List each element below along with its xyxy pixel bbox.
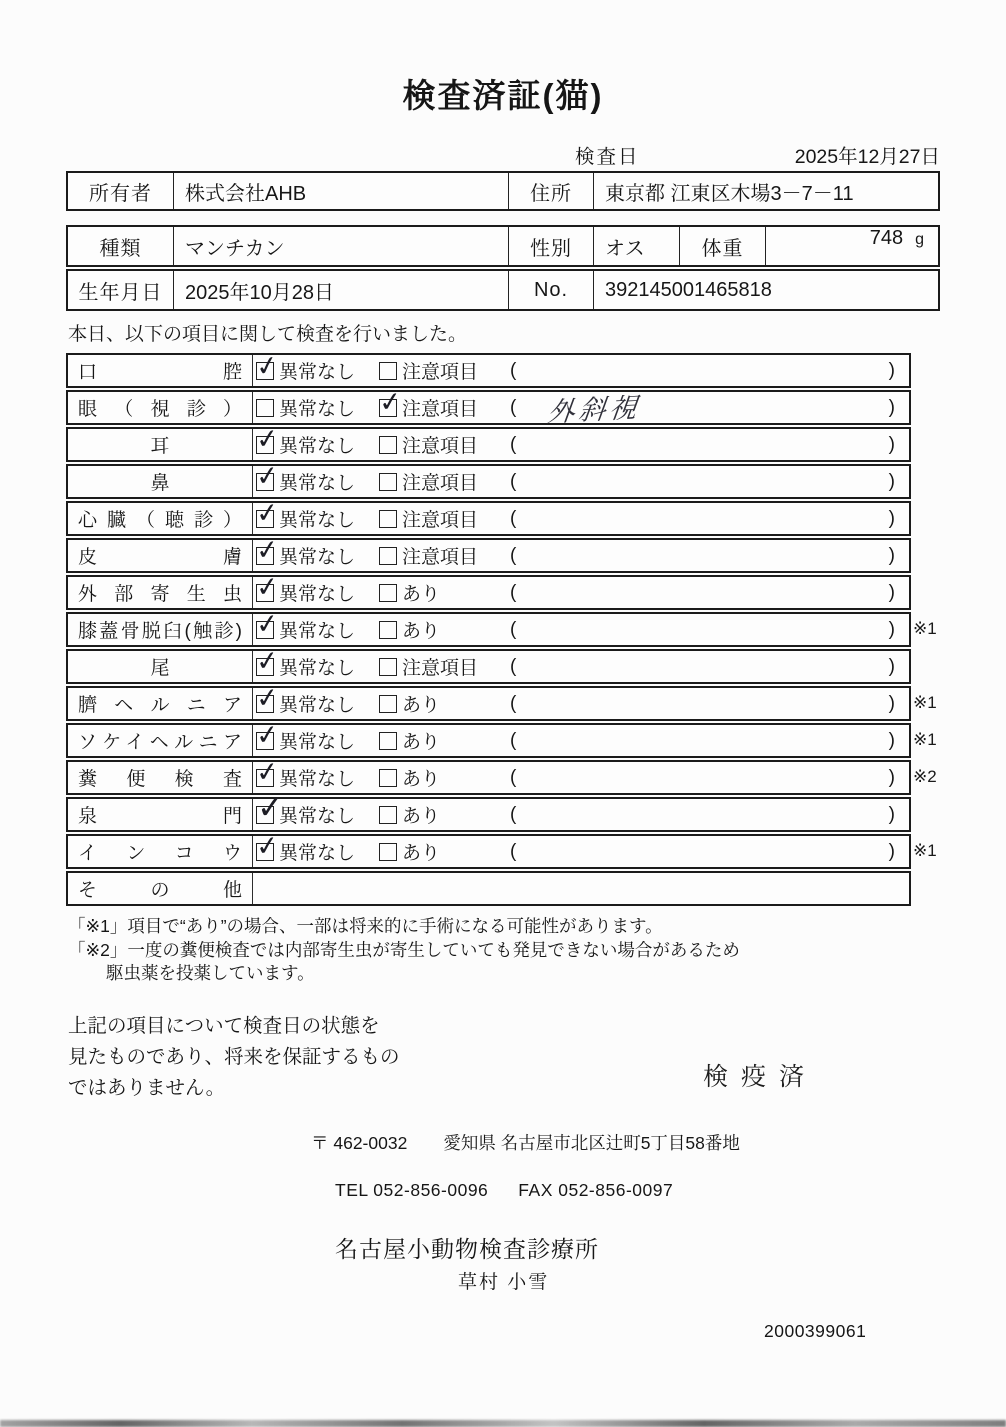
checkbox-present-icon bbox=[379, 695, 397, 713]
disclaimer-line-1: 上記の項目について検査日の状態を bbox=[68, 1011, 498, 1042]
clinic-address-line: 〒 462-0032 愛知県 名古屋市北区辻町5丁目58番地 bbox=[311, 1130, 1006, 1155]
address-label: 住所 bbox=[508, 173, 593, 209]
paren-close: ) bbox=[889, 767, 895, 789]
disclaimer-line-2: 見たものであり、将来を保証するもの bbox=[68, 1042, 498, 1073]
option-present-label: あり bbox=[402, 801, 506, 828]
option-normal-label: 異常なし bbox=[279, 616, 379, 643]
exam-row-heart: 心 臓 （ 聴 診 ） 異常なし 注意項目 ( ) bbox=[66, 501, 911, 536]
exam-row-eyes: 眼 （ 視 診 ） 異常なし 注意項目 ( 外斜視 ) bbox=[66, 390, 911, 425]
paren-close: ) bbox=[889, 434, 895, 456]
footnote-2-continued: 駆虫薬を投薬しています。 bbox=[68, 962, 1006, 986]
birthdate-value: 2025年10月28日 bbox=[173, 271, 508, 309]
checkbox-normal-icon bbox=[256, 547, 274, 565]
exam-row-fecal-exam: 糞 便 検 査 異常なし あり ( ) ※2 bbox=[66, 760, 911, 795]
option-caution-label: 注意項目 bbox=[402, 431, 506, 458]
paren-close: ) bbox=[889, 471, 895, 493]
exam-date-row: 検査日 2025年12月27日 bbox=[66, 141, 940, 167]
checkbox-normal-icon bbox=[256, 769, 274, 787]
exam-row-label: 泉 門 bbox=[78, 801, 242, 828]
checkbox-normal-icon bbox=[256, 473, 274, 491]
checkbox-present-icon bbox=[379, 843, 397, 861]
checkbox-caution-icon bbox=[379, 547, 397, 565]
exam-row-label: イ ン コ ウ bbox=[78, 838, 242, 865]
row-footnote-mark: ※1 bbox=[913, 619, 955, 639]
option-normal-label: 異常なし bbox=[279, 764, 379, 791]
option-present-label: あり bbox=[402, 838, 506, 865]
checkbox-present-icon bbox=[379, 621, 397, 639]
option-present-label: あり bbox=[402, 579, 506, 606]
animal-info-row-1: 種類 マンチカン 性別 オス 体重 748 g bbox=[66, 225, 940, 267]
row-footnote-mark: ※1 bbox=[913, 693, 955, 713]
option-caution-label: 注意項目 bbox=[402, 542, 506, 569]
exam-row-label: 眼 （ 視 診 ） bbox=[78, 394, 242, 421]
exam-row-label: 鼻 bbox=[78, 468, 242, 495]
exam-row-label: そ の 他 bbox=[78, 875, 242, 902]
exam-row-tail: 尾 異常なし 注意項目 ( ) bbox=[66, 649, 911, 684]
checkbox-normal-icon bbox=[256, 732, 274, 750]
exam-row-skin: 皮 膚 異常なし 注意項目 ( ) bbox=[66, 538, 911, 573]
option-normal-label: 異常なし bbox=[279, 690, 379, 717]
exam-row-label: 耳 bbox=[78, 431, 242, 458]
option-caution-label: 注意項目 bbox=[402, 653, 506, 680]
paren-close: ) bbox=[889, 656, 895, 678]
option-caution-label: 注意項目 bbox=[402, 505, 506, 532]
checkbox-normal-icon bbox=[256, 658, 274, 676]
exam-date-value: 2025年12月27日 bbox=[795, 141, 940, 169]
checkbox-present-icon bbox=[379, 769, 397, 787]
exam-row-nose: 鼻 異常なし 注意項目 ( ) bbox=[66, 464, 911, 499]
breed-value: マンチカン bbox=[173, 227, 508, 265]
footnote-2: 「※2」一度の糞便検査では内部寄生虫が寄生していても発見できない場合があるため bbox=[68, 939, 1006, 963]
checkbox-caution-icon bbox=[379, 436, 397, 454]
paren-close: ) bbox=[889, 545, 895, 567]
option-present-label: あり bbox=[402, 764, 506, 791]
exam-row-mouth: 口 腔 異常なし 注意項目 ( ) bbox=[66, 353, 911, 388]
no-value: 392145001465818 bbox=[593, 271, 938, 309]
animal-info-row-2: 生年月日 2025年10月28日 No. 392145001465818 bbox=[66, 269, 940, 311]
exam-row-label: 外 部 寄 生 虫 bbox=[78, 579, 242, 606]
owner-value: 株式会社AHB bbox=[173, 173, 508, 209]
option-present-label: あり bbox=[402, 690, 506, 717]
exam-row-other: そ の 他 bbox=[66, 871, 911, 906]
row-footnote-mark: ※1 bbox=[913, 841, 955, 861]
breed-label: 種類 bbox=[68, 227, 173, 265]
checkbox-caution-icon bbox=[379, 658, 397, 676]
option-caution-label: 注意項目 bbox=[402, 468, 506, 495]
checkbox-caution-icon bbox=[379, 473, 397, 491]
exam-row-label: 糞 便 検 査 bbox=[78, 764, 242, 791]
option-present-label: あり bbox=[402, 616, 506, 643]
clinic-fax: FAX 052-856-0097 bbox=[518, 1180, 673, 1201]
closing-section: 上記の項目について検査日の状態を 見たものであり、将来を保証するもの ではありま… bbox=[0, 1011, 1006, 1109]
paren-open: ( bbox=[510, 545, 516, 567]
exam-row-external-parasites: 外 部 寄 生 虫 異常なし あり ( ) bbox=[66, 575, 911, 610]
option-normal-label: 異常なし bbox=[279, 431, 379, 458]
exam-row-label: ソケイヘルニア bbox=[78, 727, 242, 754]
paren-close: ) bbox=[889, 360, 895, 382]
paren-open: ( bbox=[510, 693, 516, 715]
veterinarian-name: 草村 小雪 bbox=[458, 1267, 1006, 1294]
option-caution-label: 注意項目 bbox=[402, 394, 506, 421]
option-normal-label: 異常なし bbox=[279, 653, 379, 680]
option-caution-label: 注意項目 bbox=[402, 357, 506, 384]
paren-open: ( bbox=[510, 730, 516, 752]
paren-open: ( bbox=[510, 767, 516, 789]
paren-open: ( bbox=[510, 471, 516, 493]
checkbox-caution-icon bbox=[379, 362, 397, 380]
paren-open: ( bbox=[510, 434, 516, 456]
exam-row-label: 臍 ヘ ル ニ ア bbox=[78, 690, 242, 717]
no-label: No. bbox=[508, 271, 593, 309]
weight-value-cell: 748 g bbox=[765, 227, 938, 265]
clinic-tel: TEL 052-856-0096 bbox=[335, 1180, 488, 1201]
option-normal-label: 異常なし bbox=[279, 394, 379, 421]
scan-edge-artifact bbox=[0, 1420, 1006, 1427]
checkbox-normal-icon bbox=[256, 695, 274, 713]
paren-open: ( bbox=[510, 841, 516, 863]
checkbox-present-icon bbox=[379, 584, 397, 602]
exam-row-label: 皮 膚 bbox=[78, 542, 242, 569]
option-present-label: あり bbox=[402, 727, 506, 754]
paren-open: ( bbox=[510, 804, 516, 826]
footnote-1: 「※1」項目で“あり”の場合、一部は将来的に手術になる可能性があります。 bbox=[68, 915, 1006, 939]
footnotes: 「※1」項目で“あり”の場合、一部は将来的に手術になる可能性があります。 「※2… bbox=[68, 915, 1006, 986]
clinic-postal-code: 〒 462-0032 bbox=[311, 1130, 407, 1155]
disclaimer: 上記の項目について検査日の状態を 見たものであり、将来を保証するもの ではありま… bbox=[68, 1011, 498, 1104]
clinic-contact-line: TEL 052-856-0096 FAX 052-856-0097 bbox=[335, 1180, 1006, 1201]
weight-unit: g bbox=[915, 231, 924, 249]
paren-close: ) bbox=[889, 508, 895, 530]
paren-close: ) bbox=[889, 693, 895, 715]
option-normal-label: 異常なし bbox=[279, 801, 379, 828]
paren-close: ) bbox=[889, 619, 895, 641]
exam-date-label: 検査日 bbox=[575, 141, 640, 169]
paren-close: ) bbox=[889, 730, 895, 752]
clinic-address: 愛知県 名古屋市北区辻町5丁目58番地 bbox=[443, 1130, 740, 1155]
checkbox-normal-icon bbox=[256, 621, 274, 639]
row-footnote-mark: ※2 bbox=[913, 767, 955, 787]
option-normal-label: 異常なし bbox=[279, 357, 379, 384]
exam-row-label: 口 腔 bbox=[78, 357, 242, 384]
exam-row-patella: 膝蓋骨脱臼(触診) 異常なし あり ( ) ※1 bbox=[66, 612, 911, 647]
checkbox-normal-icon bbox=[256, 362, 274, 380]
paren-close: ) bbox=[889, 397, 895, 419]
address-value: 東京都 江東区木場3－7－11 bbox=[593, 173, 938, 209]
exam-row-inkou: イ ン コ ウ 異常なし あり ( ) ※1 bbox=[66, 834, 911, 869]
handwritten-note: 外斜視 bbox=[546, 385, 644, 429]
checkbox-present-icon bbox=[379, 732, 397, 750]
option-normal-label: 異常なし bbox=[279, 542, 379, 569]
exam-row-label: 尾 bbox=[78, 653, 242, 680]
sex-label: 性別 bbox=[508, 227, 593, 265]
option-normal-label: 異常なし bbox=[279, 468, 379, 495]
paren-open: ( bbox=[510, 508, 516, 530]
paren-open: ( bbox=[510, 397, 516, 419]
paren-open: ( bbox=[510, 360, 516, 382]
scanned-certificate-page: 検査済証(猫) 検査日 2025年12月27日 所有者 株式会社AHB 住所 東… bbox=[0, 0, 1006, 1427]
checkbox-caution-icon bbox=[379, 399, 397, 417]
intro-sentence: 本日、以下の項目に関して検査を行いました。 bbox=[68, 319, 1006, 346]
weight-label: 体重 bbox=[679, 227, 765, 265]
checkbox-normal-icon bbox=[256, 806, 274, 824]
sex-value: オス bbox=[593, 227, 679, 265]
checkbox-normal-icon bbox=[256, 436, 274, 454]
checkbox-normal-icon bbox=[256, 843, 274, 861]
checkbox-caution-icon bbox=[379, 510, 397, 528]
clinic-name: 名古屋小動物検査診療所 bbox=[335, 1231, 1006, 1264]
option-normal-label: 異常なし bbox=[279, 838, 379, 865]
owner-table: 所有者 株式会社AHB 住所 東京都 江東区木場3－7－11 bbox=[66, 171, 940, 211]
exam-row-ears: 耳 異常なし 注意項目 ( ) bbox=[66, 427, 911, 462]
exam-table: 口 腔 異常なし 注意項目 ( ) 眼 （ 視 診 ） 異常なし 注意項目 ( … bbox=[66, 353, 911, 906]
owner-label: 所有者 bbox=[68, 173, 173, 209]
paren-open: ( bbox=[510, 656, 516, 678]
option-normal-label: 異常なし bbox=[279, 579, 379, 606]
exam-row-fontanelle: 泉 門 異常なし あり ( ) bbox=[66, 797, 911, 832]
paren-open: ( bbox=[510, 582, 516, 604]
birthdate-label: 生年月日 bbox=[68, 271, 173, 309]
exam-row-label: 膝蓋骨脱臼(触診) bbox=[78, 616, 242, 643]
option-normal-label: 異常なし bbox=[279, 505, 379, 532]
quarantine-passed-stamp: 検疫済 bbox=[703, 1057, 817, 1093]
serial-number: 2000399061 bbox=[764, 1321, 1006, 1342]
checkbox-present-icon bbox=[379, 806, 397, 824]
exam-row-label: 心 臓 （ 聴 診 ） bbox=[78, 505, 242, 532]
option-normal-label: 異常なし bbox=[279, 727, 379, 754]
weight-value: 748 bbox=[870, 227, 903, 250]
paren-open: ( bbox=[510, 619, 516, 641]
paren-close: ) bbox=[889, 804, 895, 826]
paren-close: ) bbox=[889, 841, 895, 863]
checkbox-normal-icon bbox=[256, 584, 274, 602]
document-title: 検査済証(猫) bbox=[0, 70, 1006, 117]
disclaimer-line-3: ではありません。 bbox=[68, 1073, 498, 1104]
paren-close: ) bbox=[889, 582, 895, 604]
checkbox-normal-icon bbox=[256, 399, 274, 417]
checkbox-normal-icon bbox=[256, 510, 274, 528]
row-footnote-mark: ※1 bbox=[913, 730, 955, 750]
exam-row-umbilical-hernia: 臍 ヘ ル ニ ア 異常なし あり ( ) ※1 bbox=[66, 686, 911, 721]
exam-row-inguinal-hernia: ソケイヘルニア 異常なし あり ( ) ※1 bbox=[66, 723, 911, 758]
